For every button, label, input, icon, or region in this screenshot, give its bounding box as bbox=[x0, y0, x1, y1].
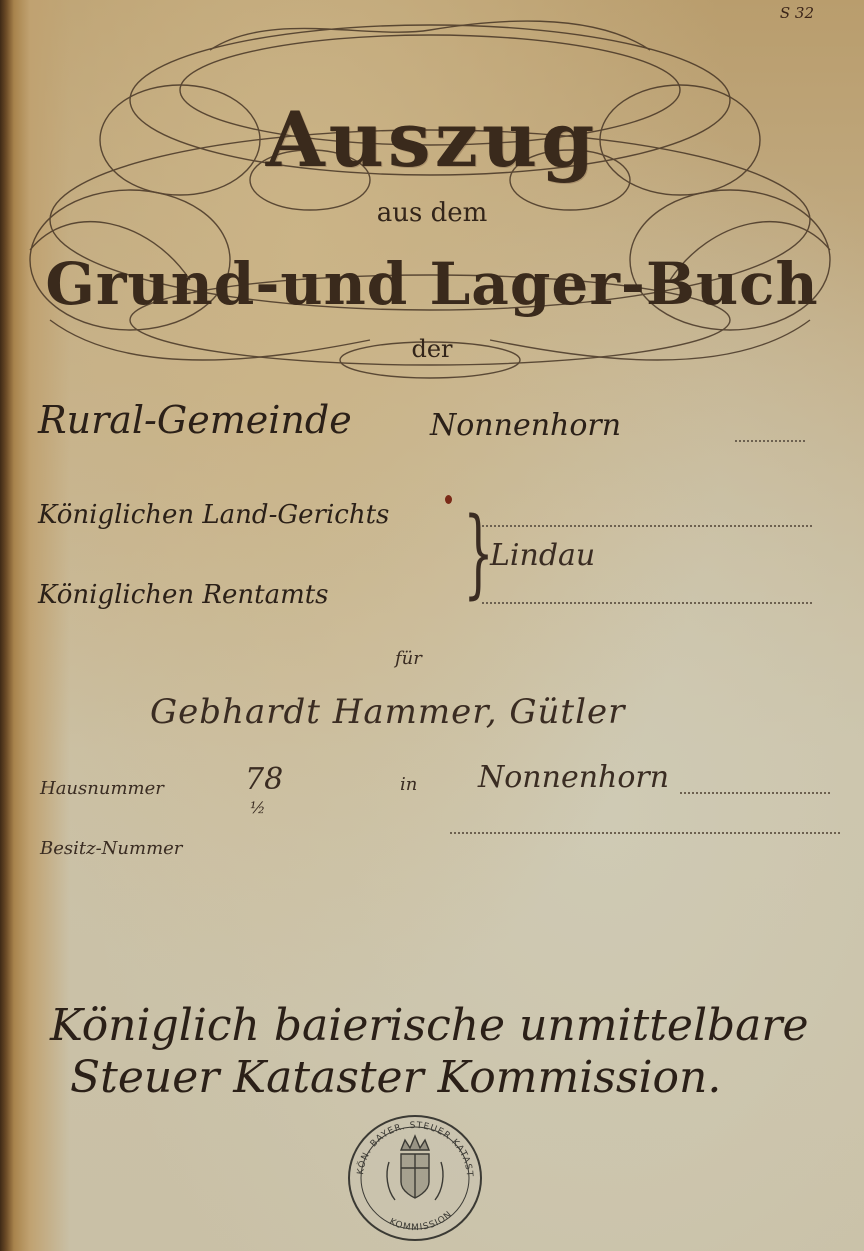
municipality-value: Nonnenhorn bbox=[430, 408, 621, 443]
document-page: S 32 Auszug aus dem Grund-und Lager-Buch… bbox=[0, 0, 864, 1251]
authority-line-2: Steuer Kataster Kommission. bbox=[70, 1052, 721, 1103]
fill-line bbox=[482, 602, 812, 604]
house-location: Nonnenhorn bbox=[478, 760, 669, 795]
document-title: Auszug bbox=[0, 95, 864, 184]
header-connector: der bbox=[0, 335, 864, 363]
house-number-label: Hausnummer bbox=[40, 778, 164, 799]
fill-line bbox=[680, 792, 830, 794]
ink-stain bbox=[445, 495, 452, 504]
owner-name: Gebhardt Hammer, Gütler bbox=[150, 692, 625, 732]
document-subtitle: aus dem bbox=[0, 198, 864, 228]
court-label: Königlichen Land-Gerichts bbox=[38, 500, 389, 530]
property-number-label: Besitz-Nummer bbox=[40, 838, 182, 859]
authority-line-1: Königlich baierische unmittelbare bbox=[50, 1000, 808, 1051]
municipality-label: Rural-Gemeinde bbox=[38, 398, 352, 442]
court-value: Lindau bbox=[490, 538, 595, 573]
fill-line bbox=[735, 440, 805, 442]
house-number-value: 78 bbox=[245, 762, 283, 797]
location-prefix: in bbox=[400, 774, 417, 795]
official-seal-stamp: KÖN. BAYER. STEUER KATASTER KOMMISSION bbox=[345, 1112, 485, 1244]
for-label: für bbox=[395, 648, 422, 669]
register-name: Grund-und Lager-Buch bbox=[0, 250, 864, 318]
fill-line bbox=[482, 525, 812, 527]
rent-office-label: Königlichen Rentamts bbox=[38, 580, 329, 610]
house-number-fraction: ½ bbox=[250, 798, 266, 817]
fill-line bbox=[450, 832, 840, 834]
